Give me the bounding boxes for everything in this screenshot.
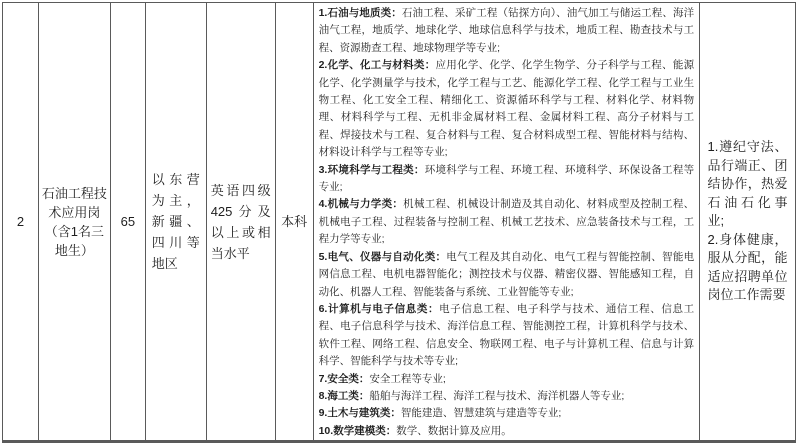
major-category-label: 9.土木与建筑类： bbox=[319, 407, 401, 419]
major-category-petroleum-geology: 1.石油与地质类：石油工程、采矿工程（钻探方向）、油气加工与储运工程、海洋油气工… bbox=[319, 5, 695, 57]
recruitment-table-page: 2 石油工程技术应用岗（含1名三地生） 65 以东营为主，新疆、四川等地区 英语… bbox=[0, 0, 799, 446]
cell-major-requirements: 1.石油与地质类：石油工程、采矿工程（钻探方向）、油气加工与储运工程、海洋油气工… bbox=[314, 3, 701, 440]
work-region: 以东营为主，新疆、四川等地区 bbox=[152, 169, 200, 274]
major-category-text: 船舶与海洋工程、海洋工程与技术、海洋机器人等专业; bbox=[369, 390, 624, 402]
major-category-label: 7.安全类： bbox=[319, 373, 370, 385]
other-requirement-health: 2.身体健康，服从分配，能适应招聘单位岗位工作需要 bbox=[708, 231, 788, 305]
major-category-environment: 3.环境科学与工程类：环境科学与工程、环境工程、环境科学、环保设备工程等专业; bbox=[319, 162, 695, 197]
major-category-text: 数学、数据计算及应用。 bbox=[396, 425, 512, 437]
major-category-label: 3.环境科学与工程类： bbox=[319, 164, 425, 176]
cell-headcount: 65 bbox=[111, 3, 146, 440]
major-category-mechanical: 4.机械与力学类：机械工程、机械设计制造及其自动化、材料成型及控制工程、机械电子… bbox=[319, 196, 695, 248]
major-category-label: 4.机械与力学类： bbox=[319, 198, 404, 210]
job-title: 石油工程技术应用岗（含1名三地生） bbox=[41, 184, 107, 260]
cell-job-title: 石油工程技术应用岗（含1名三地生） bbox=[39, 3, 111, 440]
recruitment-table-row: 2 石油工程技术应用岗（含1名三地生） 65 以东营为主，新疆、四川等地区 英语… bbox=[2, 2, 796, 443]
headcount: 65 bbox=[121, 212, 135, 231]
major-category-math-modeling: 10.数学建模类：数学、数据计算及应用。 bbox=[319, 423, 695, 440]
cell-work-region: 以东营为主，新疆、四川等地区 bbox=[146, 3, 207, 440]
major-category-label: 1.石油与地质类： bbox=[319, 7, 402, 19]
major-category-label: 2.化学、化工与材料类： bbox=[319, 59, 436, 71]
major-category-text: 应用化学、化学、化学生物学、分子科学与工程、能源化学、化学测量学与技术，化学工程… bbox=[319, 59, 695, 158]
major-category-safety: 7.安全类：安全工程等专业; bbox=[319, 371, 695, 388]
cell-row-number: 2 bbox=[3, 3, 39, 440]
other-requirement-conduct: 1.遵纪守法、品行端正、团结协作，热爱石油石化事业; bbox=[708, 138, 788, 231]
english-requirement: 英语四级425分及以上或相当水平 bbox=[211, 180, 271, 264]
major-category-text: 安全工程等专业; bbox=[369, 373, 445, 385]
row-number: 2 bbox=[17, 212, 24, 231]
education-requirement: 本科 bbox=[281, 212, 307, 231]
major-category-chemistry-materials: 2.化学、化工与材料类：应用化学、化学、化学生物学、分子科学与工程、能源化学、化… bbox=[319, 57, 695, 161]
major-category-label: 8.海工类： bbox=[319, 390, 370, 402]
major-category-computer-electronics: 6.计算机与电子信息类：电子信息工程、电子科学与技术、通信工程、信息工程、电子信… bbox=[319, 301, 695, 371]
cell-other-requirements: 1.遵纪守法、品行端正、团结协作，热爱石油石化事业; 2.身体健康，服从分配，能… bbox=[700, 3, 795, 440]
major-category-marine: 8.海工类：船舶与海洋工程、海洋工程与技术、海洋机器人等专业; bbox=[319, 388, 695, 405]
major-category-label: 5.电气、仪器与自动化类： bbox=[319, 251, 447, 263]
major-category-label: 6.计算机与电子信息类： bbox=[319, 303, 440, 315]
cell-education: 本科 bbox=[276, 3, 314, 440]
other-requirements: 1.遵纪守法、品行端正、团结协作，热爱石油石化事业; 2.身体健康，服从分配，能… bbox=[708, 138, 788, 305]
major-category-label: 10.数学建模类： bbox=[319, 425, 397, 437]
cell-english-requirement: 英语四级425分及以上或相当水平 bbox=[207, 3, 276, 440]
major-category-electrical-automation: 5.电气、仪器与自动化类：电气工程及其自动化、电气工程与智能控制、智能电网信息工… bbox=[319, 249, 695, 301]
major-category-civil-architecture: 9.土木与建筑类：智能建造、智慧建筑与建造等专业; bbox=[319, 405, 695, 422]
major-category-text: 智能建造、智慧建筑与建造等专业; bbox=[401, 407, 561, 419]
